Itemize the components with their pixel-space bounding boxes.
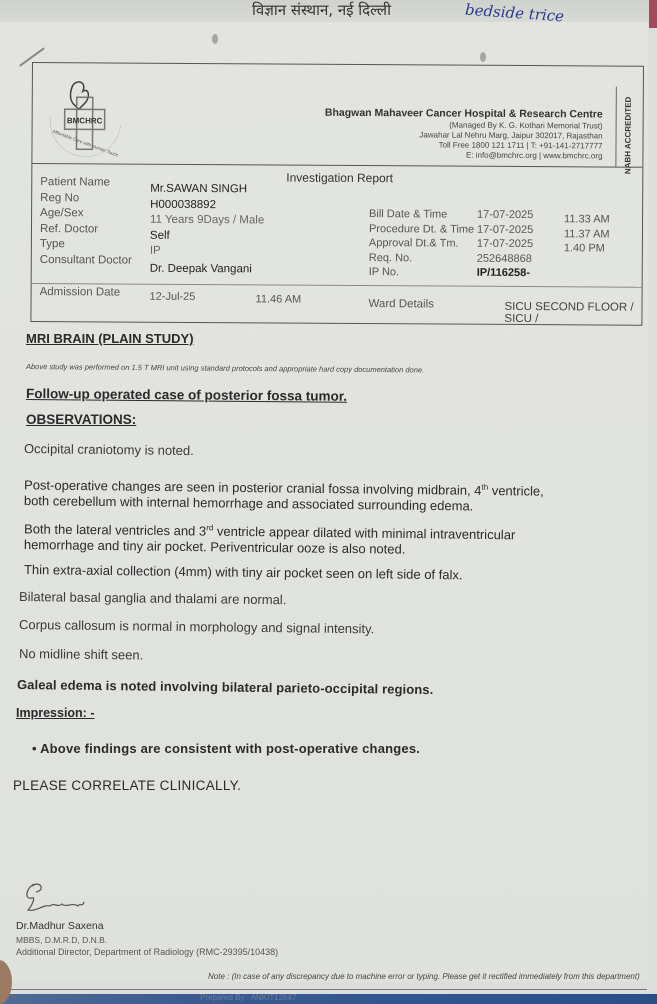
prepared-by: Prepared By : ANKIT12647 xyxy=(200,993,297,1002)
patient-name: Mr.SAWAN SINGH xyxy=(150,182,264,198)
observation-2-text: ventricle, xyxy=(488,483,544,499)
ip-no: IP/116258- xyxy=(477,266,533,281)
billing-times: 11.33 AM 11.37 AM 1.40 PM xyxy=(564,212,610,256)
punch-hole-icon xyxy=(480,52,486,62)
divider xyxy=(32,283,642,288)
label-req-no: Req. No. xyxy=(369,251,474,266)
observation-3-text: Both the lateral ventricles and 3 xyxy=(24,521,206,538)
case-summary: Follow-up operated case of posterior fos… xyxy=(26,386,347,404)
hospital-contact: E: info@bmchrc.org | www.bmchrc.org xyxy=(325,150,603,162)
background-bar xyxy=(0,994,657,1004)
punch-hole-icon xyxy=(212,34,218,44)
ref-doctor: Self xyxy=(150,228,264,244)
observation-7: No midline shift seen. xyxy=(19,646,143,664)
label-ward: Ward Details xyxy=(368,298,433,310)
study-title: MRI BRAIN (PLAIN STUDY) xyxy=(26,331,194,346)
label-patient-name: Patient Name xyxy=(40,175,132,191)
label-consultant: Consultant Doctor xyxy=(40,253,132,269)
label-procedure-date: Procedure Dt. & Time xyxy=(369,222,474,237)
impression-heading: Impression: - xyxy=(16,706,95,720)
label-ref-doctor: Ref. Doctor xyxy=(40,222,132,238)
age-sex: 11 Years 9Days / Male xyxy=(150,213,264,229)
observation-1: Occipital craniotomy is noted. xyxy=(24,441,194,459)
observations-heading: OBSERVATIONS: xyxy=(26,412,136,427)
hospital-name: Bhagwan Mahaveer Cancer Hospital & Resea… xyxy=(325,107,603,122)
impression-item: • Above findings are consistent with pos… xyxy=(32,741,420,756)
divider xyxy=(615,87,616,167)
approval-date: 17-07-2025 xyxy=(477,237,533,252)
procedure-time: 11.37 AM xyxy=(564,227,610,242)
label-type: Type xyxy=(40,237,132,253)
nabh-badge: NABH ACCREDITED xyxy=(623,97,632,175)
signatory-degrees: MBBS, D.M.R.D, D.N.B. xyxy=(16,935,107,945)
procedure-date: 17-07-2025 xyxy=(477,222,533,237)
admission-time: 11.46 AM xyxy=(256,293,302,305)
signature-icon xyxy=(22,878,92,918)
patient-values: Mr.SAWAN SINGH H000038892 11 Years 9Days… xyxy=(150,182,265,278)
divider xyxy=(0,989,647,990)
signatory-name: Dr.Madhur Saxena xyxy=(16,920,104,932)
hindi-header-text: विज्ञान संस्थान, नई दिल्ली xyxy=(252,0,391,20)
label-reg-no: Reg No xyxy=(40,191,132,207)
svg-text:BMCHRC: BMCHRC xyxy=(67,116,103,125)
consultant-doctor: Dr. Deepak Vangani xyxy=(150,261,264,277)
observation-5: Bilateral basal ganglia and thalami are … xyxy=(19,589,287,608)
bill-date: 17-07-2025 xyxy=(477,208,533,223)
hospital-logo-icon: BMCHRC Affordable Care with Human Touch xyxy=(42,77,132,158)
bill-time: 11.33 AM xyxy=(564,212,610,227)
correlate-note: PLEASE CORRELATE CLINICALLY. xyxy=(13,778,241,793)
patient-labels: Patient Name Reg No Age/Sex Ref. Doctor … xyxy=(40,175,133,269)
label-admission-date: Admission Date xyxy=(40,286,121,298)
approval-time: 1.40 PM xyxy=(564,241,610,256)
label-ip-no: IP No. xyxy=(369,265,474,280)
report-header: BMCHRC Affordable Care with Human Touch … xyxy=(30,62,644,326)
admission-date: 12-Jul-25 xyxy=(150,291,196,303)
req-no: 252648868 xyxy=(477,251,533,266)
reg-no: H000038892 xyxy=(150,197,264,213)
footer-note: Note : (In case of any discrepancy due t… xyxy=(208,972,640,981)
label-approval-date: Approval Dt.& Tm. xyxy=(369,236,474,251)
type: IP xyxy=(150,244,264,260)
signatory-role: Additional Director, Department of Radio… xyxy=(16,947,278,957)
label-age-sex: Age/Sex xyxy=(40,206,132,222)
divider xyxy=(32,163,642,168)
observation-2: Post-operative changes are seen in poste… xyxy=(24,474,544,516)
billing-values: 17-07-2025 17-07-2025 17-07-2025 2526488… xyxy=(477,208,534,281)
background-edge xyxy=(649,0,657,28)
report-title: Investigation Report xyxy=(286,171,393,186)
observation-3: Both the lateral ventricles and 3rd vent… xyxy=(24,518,516,559)
billing-labels: Bill Date & Time Procedure Dt. & Time Ap… xyxy=(369,207,475,280)
hospital-info: Bhagwan Mahaveer Cancer Hospital & Resea… xyxy=(325,107,603,162)
label-bill-date: Bill Date & Time xyxy=(369,207,474,222)
svg-text:Affordable Care with Human Tou: Affordable Care with Human Touch xyxy=(52,129,119,158)
ward-details: SICU SECOND FLOOR / SICU / xyxy=(504,301,641,326)
